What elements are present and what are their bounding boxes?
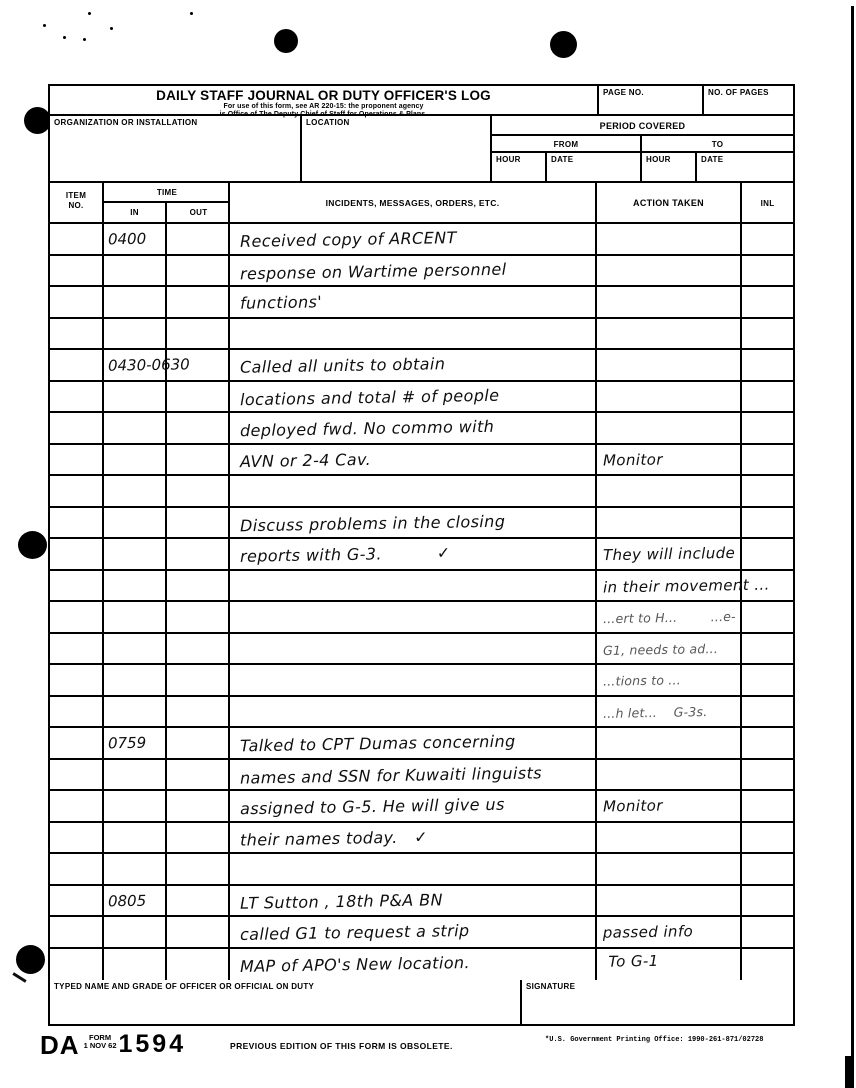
table-row bbox=[50, 319, 793, 351]
cell-action-taken bbox=[597, 854, 742, 884]
cell-item-no bbox=[50, 854, 104, 884]
cell-action-taken bbox=[597, 224, 742, 254]
handwritten-entry: G1, needs to ad... bbox=[603, 633, 718, 664]
cell-item-no bbox=[50, 319, 104, 349]
handwritten-entry: Called all units to obtain bbox=[240, 349, 446, 382]
scan-edge-line bbox=[851, 6, 854, 1088]
signature-label: SIGNATURE bbox=[526, 982, 575, 992]
cell-incidents: AVN or 2-4 Cav. bbox=[230, 445, 597, 475]
cell-incidents bbox=[230, 634, 597, 664]
log-table-body: 0400Received copy of ARCENTresponse on W… bbox=[50, 224, 793, 980]
date-from-label: DATE bbox=[551, 155, 573, 165]
cell-inl bbox=[742, 949, 793, 981]
cell-action-taken: G1, needs to ad... bbox=[597, 634, 742, 664]
date-to-label: DATE bbox=[701, 155, 723, 165]
cell-time-out bbox=[167, 287, 230, 317]
handwritten-entry: ...h let... G-3s. bbox=[603, 697, 708, 728]
speck bbox=[63, 36, 66, 39]
cell-incidents bbox=[230, 665, 597, 695]
cell-time-out bbox=[167, 319, 230, 349]
cell-time-in bbox=[104, 413, 167, 443]
cell-incidents: Talked to CPT Dumas concerning bbox=[230, 728, 597, 758]
punch-hole-1 bbox=[24, 107, 51, 134]
cell-inl bbox=[742, 886, 793, 916]
handwritten-entry: Monitor bbox=[603, 791, 663, 821]
cell-time-out bbox=[167, 886, 230, 916]
table-row: 0759Talked to CPT Dumas concerning bbox=[50, 728, 793, 760]
table-row: names and SSN for Kuwaiti linguists bbox=[50, 760, 793, 792]
cell-inl bbox=[742, 224, 793, 254]
cell-time-out bbox=[167, 602, 230, 632]
hour-date-row: HOUR DATE HOUR DATE bbox=[492, 153, 793, 183]
cell-inl bbox=[742, 539, 793, 569]
handwritten-entry: 0400 bbox=[108, 225, 147, 255]
handwritten-entry: response on Wartime personnel bbox=[240, 254, 507, 288]
speck bbox=[43, 24, 46, 27]
handwritten-entry: Received copy of ARCENT bbox=[240, 223, 457, 256]
handwritten-entry: 0759 bbox=[108, 729, 147, 759]
cell-item-no bbox=[50, 571, 104, 601]
cell-item-no bbox=[50, 823, 104, 853]
cell-action-taken bbox=[597, 350, 742, 380]
handwritten-entry: their names today. ✓ bbox=[240, 822, 428, 854]
item-no-header: ITEM NO. bbox=[50, 183, 104, 224]
cell-time-out bbox=[167, 571, 230, 601]
cell-item-no bbox=[50, 508, 104, 538]
form-edition: FORM1 NOV 62 bbox=[84, 1034, 117, 1050]
cell-time-in bbox=[104, 760, 167, 790]
cell-item-no bbox=[50, 382, 104, 412]
cell-incidents: Received copy of ARCENT bbox=[230, 224, 597, 254]
cell-incidents bbox=[230, 571, 597, 601]
cell-time-in bbox=[104, 476, 167, 506]
cell-incidents bbox=[230, 602, 597, 632]
speck bbox=[83, 38, 86, 41]
handwritten-entry: LT Sutton , 18th P&A BN bbox=[240, 885, 443, 918]
title-row: DAILY STAFF JOURNAL OR DUTY OFFICER'S LO… bbox=[50, 86, 793, 116]
signature-row: TYPED NAME AND GRADE OF OFFICER OR OFFIC… bbox=[50, 980, 793, 1024]
cell-incidents: LT Sutton , 18th P&A BN bbox=[230, 886, 597, 916]
cell-item-no bbox=[50, 697, 104, 727]
cell-item-no bbox=[50, 350, 104, 380]
handwritten-entry: AVN or 2-4 Cav. bbox=[240, 444, 372, 475]
form-title-cell: DAILY STAFF JOURNAL OR DUTY OFFICER'S LO… bbox=[50, 86, 597, 116]
speck bbox=[88, 12, 91, 15]
handwritten-entry: Discuss problems in the closing bbox=[240, 506, 506, 540]
cell-time-in bbox=[104, 256, 167, 286]
date-to-cell: DATE bbox=[697, 153, 793, 183]
obsolete-note: PREVIOUS EDITION OF THIS FORM IS OBSOLET… bbox=[230, 1041, 453, 1051]
cell-action-taken bbox=[597, 413, 742, 443]
table-row: reports with G-3. ✓They will include bbox=[50, 539, 793, 571]
cell-action-taken: Monitor bbox=[597, 791, 742, 821]
form-footer: DAFORM1 NOV 621594 PREVIOUS EDITION OF T… bbox=[40, 1030, 830, 1070]
cell-time-in: 0805 bbox=[104, 886, 167, 916]
cell-incidents bbox=[230, 854, 597, 884]
cell-action-taken bbox=[597, 728, 742, 758]
time-in-label: IN bbox=[104, 203, 167, 224]
incidents-header: INCIDENTS, MESSAGES, ORDERS, ETC. bbox=[230, 183, 597, 224]
period-covered-label: PERIOD COVERED bbox=[492, 116, 793, 136]
cell-time-in bbox=[104, 508, 167, 538]
cell-action-taken bbox=[597, 382, 742, 412]
action-taken-header: ACTION TAKEN bbox=[597, 183, 742, 224]
da-form-1594: DAILY STAFF JOURNAL OR DUTY OFFICER'S LO… bbox=[48, 84, 795, 1026]
cell-incidents: names and SSN for Kuwaiti linguists bbox=[230, 760, 597, 790]
cell-time-out bbox=[167, 445, 230, 475]
inl-header: INL bbox=[742, 183, 793, 224]
cell-action-taken bbox=[597, 949, 742, 981]
to-label: TO bbox=[642, 136, 793, 153]
cell-time-in bbox=[104, 665, 167, 695]
cell-time-out bbox=[167, 760, 230, 790]
handwritten-entry: MAP of APO's New location. bbox=[240, 947, 470, 980]
cell-time-out bbox=[167, 476, 230, 506]
table-row bbox=[50, 854, 793, 886]
cell-incidents: response on Wartime personnel bbox=[230, 256, 597, 286]
cell-time-out bbox=[167, 413, 230, 443]
signature-cell: SIGNATURE bbox=[522, 980, 793, 1024]
handwritten-entry: deployed fwd. No commo with bbox=[240, 412, 495, 445]
handwritten-entry: Monitor bbox=[603, 445, 663, 475]
cell-item-no bbox=[50, 476, 104, 506]
page-no-cell: PAGE NO. bbox=[597, 86, 702, 116]
info-row: ORGANIZATION OR INSTALLATION LOCATION PE… bbox=[50, 116, 793, 183]
cell-incidents: reports with G-3. ✓ bbox=[230, 539, 597, 569]
scan-edge-blob bbox=[845, 1056, 854, 1088]
table-row: ...ert to H... ...e- bbox=[50, 602, 793, 634]
punch-hole-2 bbox=[18, 531, 47, 559]
cell-action-taken bbox=[597, 760, 742, 790]
cell-action-taken bbox=[597, 886, 742, 916]
cell-inl bbox=[742, 256, 793, 286]
table-row: 0400Received copy of ARCENT bbox=[50, 224, 793, 256]
cell-inl bbox=[742, 697, 793, 727]
cell-incidents: Called all units to obtain bbox=[230, 350, 597, 380]
speck bbox=[110, 27, 113, 30]
cell-incidents: Discuss problems in the closing bbox=[230, 508, 597, 538]
cell-item-no bbox=[50, 256, 104, 286]
handwritten-entry: called G1 to request a strip bbox=[240, 916, 470, 949]
cell-action-taken: ...tions to ... bbox=[597, 665, 742, 695]
table-row bbox=[50, 476, 793, 508]
table-row: deployed fwd. No commo with bbox=[50, 413, 793, 445]
table-row: G1, needs to ad... bbox=[50, 634, 793, 666]
handwritten-entry: names and SSN for Kuwaiti linguists bbox=[240, 758, 542, 792]
speck bbox=[190, 12, 193, 15]
cell-incidents: locations and total # of people bbox=[230, 382, 597, 412]
table-row: 0430-0630Called all units to obtain bbox=[50, 350, 793, 382]
cell-time-out bbox=[167, 256, 230, 286]
form-number: 1594 bbox=[119, 1030, 187, 1059]
typed-name-label: TYPED NAME AND GRADE OF OFFICER OR OFFIC… bbox=[54, 982, 314, 992]
date-from-cell: DATE bbox=[547, 153, 642, 183]
cell-action-taken: They will include bbox=[597, 539, 742, 569]
cell-time-in bbox=[104, 634, 167, 664]
organization-cell: ORGANIZATION OR INSTALLATION bbox=[50, 116, 302, 183]
cell-incidents: called G1 to request a strip bbox=[230, 917, 597, 947]
from-label: FROM bbox=[492, 136, 642, 153]
from-to-row: FROM TO bbox=[492, 136, 793, 153]
cell-time-in bbox=[104, 949, 167, 981]
cell-time-in: 0430-0630 bbox=[104, 350, 167, 380]
cell-time-out bbox=[167, 854, 230, 884]
time-out-label: OUT bbox=[167, 203, 230, 224]
table-row: AVN or 2-4 Cav.Monitor bbox=[50, 445, 793, 477]
page-no-label: PAGE NO. bbox=[603, 88, 644, 98]
cell-item-no bbox=[50, 539, 104, 569]
handwritten-entry: assigned to G-5. He will give us bbox=[240, 790, 505, 824]
cell-time-in: 0759 bbox=[104, 728, 167, 758]
cell-time-out bbox=[167, 382, 230, 412]
cell-incidents: MAP of APO's New location. bbox=[230, 949, 597, 981]
cell-inl bbox=[742, 571, 793, 601]
cell-inl bbox=[742, 760, 793, 790]
typed-name-cell: TYPED NAME AND GRADE OF OFFICER OR OFFIC… bbox=[50, 980, 522, 1024]
table-row: locations and total # of people bbox=[50, 382, 793, 414]
cell-time-in bbox=[104, 539, 167, 569]
table-row: their names today. ✓ bbox=[50, 823, 793, 855]
no-label: NO. bbox=[50, 201, 102, 211]
cell-time-in bbox=[104, 382, 167, 412]
time-label: TIME bbox=[104, 183, 230, 203]
table-row: in their movement ... bbox=[50, 571, 793, 603]
organization-label: ORGANIZATION OR INSTALLATION bbox=[54, 118, 198, 128]
cell-item-no bbox=[50, 287, 104, 317]
cell-action-taken bbox=[597, 823, 742, 853]
cell-action-taken bbox=[597, 476, 742, 506]
ink-dot-top-left bbox=[274, 29, 298, 53]
pen-stroke-under-hole bbox=[12, 972, 26, 982]
handwritten-entry: ...ert to H... ...e- bbox=[603, 602, 736, 633]
cell-action-taken: passed info To G-1 bbox=[597, 917, 742, 947]
no-of-pages-cell: NO. OF PAGES bbox=[702, 86, 793, 116]
cell-time-in bbox=[104, 791, 167, 821]
cell-item-no bbox=[50, 602, 104, 632]
cell-item-no bbox=[50, 728, 104, 758]
cell-time-in bbox=[104, 319, 167, 349]
hour-to-cell: HOUR bbox=[642, 153, 697, 183]
cell-action-taken bbox=[597, 287, 742, 317]
cell-item-no bbox=[50, 665, 104, 695]
cell-inl bbox=[742, 382, 793, 412]
cell-inl bbox=[742, 287, 793, 317]
cell-incidents bbox=[230, 697, 597, 727]
cell-inl bbox=[742, 476, 793, 506]
handwritten-entry: functions' bbox=[240, 287, 323, 317]
cell-time-in: 0400 bbox=[104, 224, 167, 254]
hour-to-label: HOUR bbox=[646, 155, 671, 165]
handwritten-entry: 0805 bbox=[108, 886, 147, 916]
cell-inl bbox=[742, 665, 793, 695]
cell-item-no bbox=[50, 791, 104, 821]
table-row: ...h let... G-3s. bbox=[50, 697, 793, 729]
cell-inl bbox=[742, 602, 793, 632]
cell-time-out bbox=[167, 224, 230, 254]
cell-time-out bbox=[167, 917, 230, 947]
table-row: MAP of APO's New location. bbox=[50, 949, 793, 981]
cell-action-taken: ...h let... G-3s. bbox=[597, 697, 742, 727]
cell-incidents: functions' bbox=[230, 287, 597, 317]
cell-item-no bbox=[50, 634, 104, 664]
cell-item-no bbox=[50, 917, 104, 947]
table-row: functions' bbox=[50, 287, 793, 319]
form-subtitle-line1: For use of this form, see AR 220-15: the… bbox=[50, 103, 597, 111]
cell-time-out bbox=[167, 791, 230, 821]
handwritten-entry: ...tions to ... bbox=[603, 665, 681, 695]
cell-action-taken: Monitor bbox=[597, 445, 742, 475]
cell-action-taken bbox=[597, 256, 742, 286]
da-label: DA bbox=[40, 1030, 80, 1061]
handwritten-entry: Talked to CPT Dumas concerning bbox=[240, 727, 516, 761]
no-of-pages-label: NO. OF PAGES bbox=[708, 88, 769, 98]
cell-inl bbox=[742, 413, 793, 443]
cell-item-no bbox=[50, 413, 104, 443]
scanned-document-page: { "form": { "title": "DAILY STAFF JOURNA… bbox=[0, 0, 856, 1088]
cell-inl bbox=[742, 445, 793, 475]
cell-item-no bbox=[50, 949, 104, 981]
cell-item-no bbox=[50, 760, 104, 790]
cell-incidents: deployed fwd. No commo with bbox=[230, 413, 597, 443]
cell-inl bbox=[742, 791, 793, 821]
cell-time-out bbox=[167, 634, 230, 664]
form-date: 1 NOV 62 bbox=[84, 1041, 117, 1050]
cell-item-no bbox=[50, 224, 104, 254]
form-title: DAILY STAFF JOURNAL OR DUTY OFFICER'S LO… bbox=[50, 88, 597, 103]
cell-time-in bbox=[104, 854, 167, 884]
cell-inl bbox=[742, 319, 793, 349]
cell-inl bbox=[742, 508, 793, 538]
cell-time-in bbox=[104, 287, 167, 317]
cell-inl bbox=[742, 350, 793, 380]
cell-action-taken: in their movement ... bbox=[597, 571, 742, 601]
table-row: called G1 to request a strippassed info … bbox=[50, 917, 793, 949]
handwritten-entry: locations and total # of people bbox=[240, 380, 500, 414]
cell-incidents bbox=[230, 319, 597, 349]
cell-time-in bbox=[104, 917, 167, 947]
cell-time-in bbox=[104, 602, 167, 632]
cell-action-taken bbox=[597, 319, 742, 349]
cell-time-in bbox=[104, 697, 167, 727]
cell-time-out bbox=[167, 823, 230, 853]
gpo-note: *U.S. Government Printing Office: 1990-2… bbox=[545, 1036, 763, 1044]
cell-action-taken bbox=[597, 508, 742, 538]
cell-time-out bbox=[167, 350, 230, 380]
handwritten-entry: reports with G-3. ✓ bbox=[240, 538, 451, 571]
table-row: ...tions to ... bbox=[50, 665, 793, 697]
table-row: assigned to G-5. He will give usMonitor bbox=[50, 791, 793, 823]
cell-incidents bbox=[230, 476, 597, 506]
time-header: TIME IN OUT bbox=[104, 183, 230, 224]
cell-action-taken: ...ert to H... ...e- bbox=[597, 602, 742, 632]
table-row: response on Wartime personnel bbox=[50, 256, 793, 288]
table-row: 0805LT Sutton , 18th P&A BN bbox=[50, 886, 793, 918]
cell-time-out bbox=[167, 539, 230, 569]
cell-time-out bbox=[167, 508, 230, 538]
log-table-header: ITEM NO. TIME IN OUT INCIDENTS, MESSAGES… bbox=[50, 183, 793, 224]
cell-time-in bbox=[104, 571, 167, 601]
cell-time-in bbox=[104, 445, 167, 475]
location-label: LOCATION bbox=[306, 118, 350, 128]
cell-time-out bbox=[167, 665, 230, 695]
item-label: ITEM bbox=[50, 191, 102, 201]
punch-hole-3 bbox=[16, 945, 45, 974]
cell-time-out bbox=[167, 697, 230, 727]
cell-time-out bbox=[167, 728, 230, 758]
form-number-block: DAFORM1 NOV 621594 bbox=[40, 1030, 186, 1061]
hour-from-label: HOUR bbox=[496, 155, 521, 165]
cell-time-out bbox=[167, 949, 230, 981]
handwritten-entry: They will include bbox=[603, 539, 736, 570]
period-covered-cell: PERIOD COVERED FROM TO HOUR DATE HOUR DA… bbox=[492, 116, 793, 183]
cell-inl bbox=[742, 728, 793, 758]
cell-inl bbox=[742, 917, 793, 947]
ink-dot-top-right bbox=[550, 31, 577, 58]
cell-incidents: their names today. ✓ bbox=[230, 823, 597, 853]
cell-item-no bbox=[50, 445, 104, 475]
cell-item-no bbox=[50, 886, 104, 916]
cell-time-in bbox=[104, 823, 167, 853]
cell-inl bbox=[742, 823, 793, 853]
cell-inl bbox=[742, 634, 793, 664]
cell-incidents: assigned to G-5. He will give us bbox=[230, 791, 597, 821]
cell-inl bbox=[742, 854, 793, 884]
hour-from-cell: HOUR bbox=[492, 153, 547, 183]
location-cell: LOCATION bbox=[302, 116, 492, 183]
table-row: Discuss problems in the closing bbox=[50, 508, 793, 540]
